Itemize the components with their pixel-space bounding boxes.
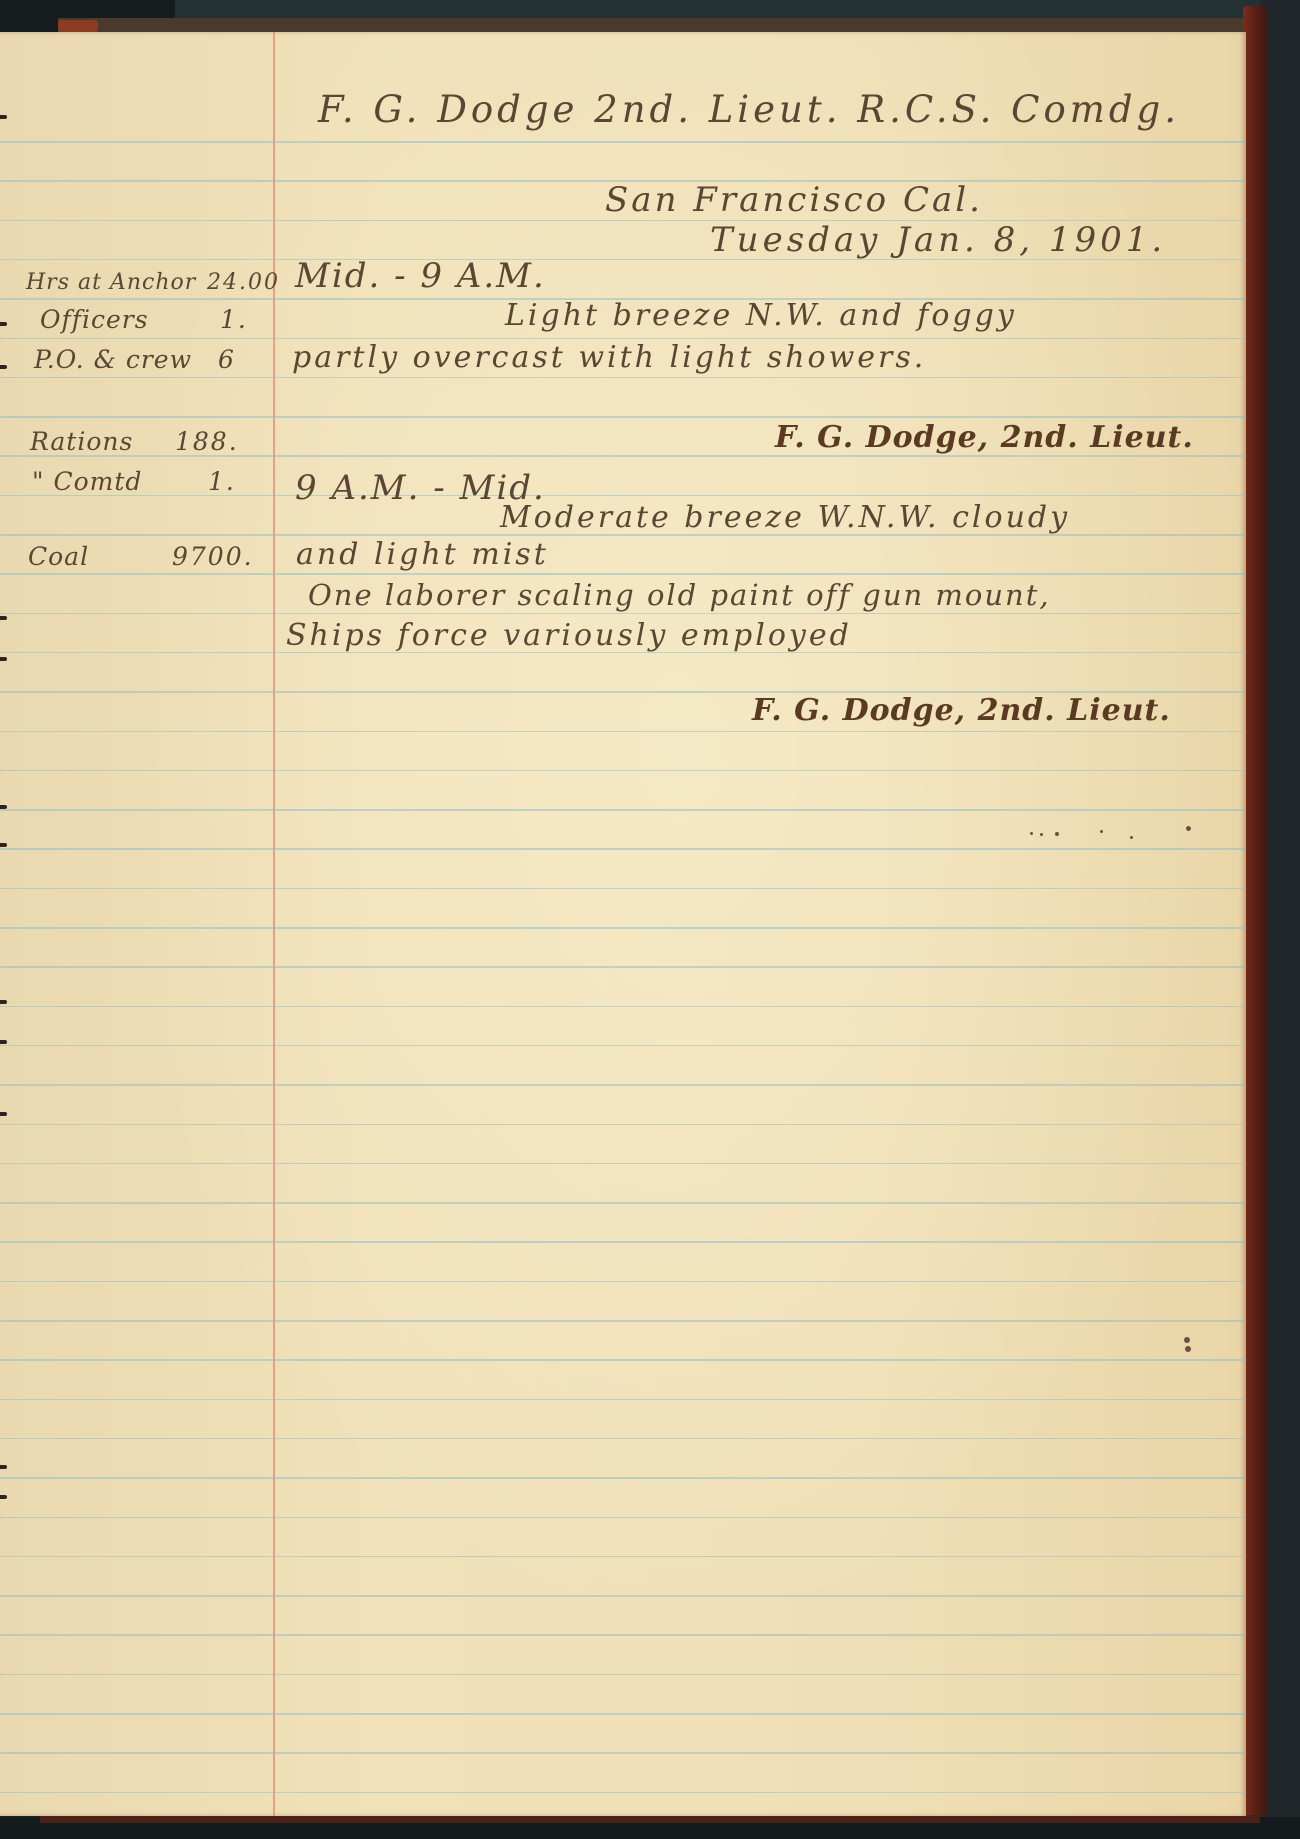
ruled-line <box>0 416 1246 418</box>
binding-stitch-mark <box>0 1465 7 1469</box>
ruled-line <box>0 1595 1246 1597</box>
ruled-line <box>0 927 1246 929</box>
ink-speck <box>1100 830 1103 833</box>
ruled-line <box>0 1359 1246 1361</box>
binding-stitch-mark <box>0 657 7 661</box>
ruled-line <box>0 888 1246 890</box>
watch1-entry-line-1: Light breeze N.W. and foggy <box>505 298 1017 333</box>
ruled-line <box>0 770 1246 772</box>
ink-speck <box>1130 836 1133 839</box>
ruled-line <box>0 1399 1246 1401</box>
ruled-line <box>0 966 1246 968</box>
ruled-line <box>0 1634 1246 1636</box>
ruled-line <box>0 1202 1246 1204</box>
margin-value-rations: 188. <box>175 427 239 456</box>
binding-stitch-mark <box>0 616 7 620</box>
binding-stitch-mark <box>0 1112 7 1116</box>
watch1-signature: F. G. Dodge, 2nd. Lieut. <box>775 420 1194 455</box>
binding-stitch-mark <box>0 1495 7 1499</box>
watch2-entry-line-1: Moderate breeze W.N.W. cloudy <box>500 500 1070 535</box>
binding-stitch-mark <box>0 805 7 809</box>
margin-label-rations-commuted: " Comtd <box>32 467 142 496</box>
ruled-line <box>0 1477 1246 1479</box>
ruled-line <box>0 1281 1246 1283</box>
margin-value-po-crew: 6 <box>218 345 236 374</box>
watch2-signature: F. G. Dodge, 2nd. Lieut. <box>752 693 1171 728</box>
ruled-line <box>0 613 1246 615</box>
ruled-line <box>0 1792 1246 1794</box>
binding-stitch-mark <box>0 365 7 369</box>
cover-corner-top-left <box>58 20 98 32</box>
ruled-line <box>0 338 1246 340</box>
ruled-line <box>0 1241 1246 1243</box>
ruled-line <box>0 1713 1246 1715</box>
margin-value-hours-at-anchor: 24.00 <box>207 270 280 295</box>
ruled-line <box>0 1517 1246 1519</box>
place-heading: San Francisco Cal. <box>605 180 983 220</box>
ink-speck <box>1055 832 1059 836</box>
ruled-line <box>0 1006 1246 1008</box>
ruled-line <box>0 848 1246 850</box>
ruled-line <box>0 1163 1246 1165</box>
ink-speck <box>1185 1346 1191 1352</box>
watch2-entry-line-3: One laborer scaling old paint off gun mo… <box>308 578 1051 612</box>
margin-value-officers: 1. <box>220 305 248 334</box>
ink-speck <box>1030 832 1033 835</box>
commander-heading: F. G. Dodge 2nd. Lieut. R.C.S. Comdg. <box>318 88 1180 131</box>
ruled-line <box>0 1752 1246 1754</box>
margin-label-po-crew: P.O. & crew <box>34 345 192 374</box>
cover-edge-bottom <box>40 1815 1260 1823</box>
ruled-line <box>0 377 1246 379</box>
watch2-entry-line-2: and light mist <box>296 537 549 572</box>
binding-stitch-mark <box>0 1000 7 1004</box>
ruled-line <box>0 1045 1246 1047</box>
margin-value-rations-commuted: 1. <box>208 467 236 496</box>
margin-label-coal: Coal <box>28 542 89 571</box>
ruled-line <box>0 1556 1246 1558</box>
watch-period-mid-9am: Mid. - 9 A.M. <box>295 256 546 296</box>
binding-stitch-mark <box>0 115 7 119</box>
ruled-line <box>0 1084 1246 1086</box>
ruled-line <box>0 1320 1246 1322</box>
ruled-line <box>0 1674 1246 1676</box>
binding-stitch-mark <box>0 843 7 847</box>
ruled-line <box>0 809 1246 811</box>
binding-stitch-mark <box>0 322 7 326</box>
ruled-line <box>0 1438 1246 1440</box>
date-heading: Tuesday Jan. 8, 1901. <box>710 220 1166 260</box>
binding-stitch-mark <box>0 1040 7 1044</box>
ruled-line <box>0 495 1246 497</box>
watch2-entry-line-4: Ships force variously employed <box>286 618 852 653</box>
margin-value-coal: 9700. <box>172 542 254 571</box>
ink-speck <box>1184 1337 1190 1343</box>
ruled-line <box>0 141 1246 143</box>
ink-speck <box>1040 833 1043 836</box>
cover-binding-edge-right <box>1243 6 1267 1816</box>
margin-label-hours-at-anchor: Hrs at Anchor <box>26 270 196 295</box>
margin-label-rations: Rations <box>30 427 133 456</box>
watch1-entry-line-2: partly overcast with light showers. <box>292 340 926 375</box>
ruled-line <box>0 731 1246 733</box>
page-stack-top-edge <box>58 18 1268 32</box>
ink-speck <box>1186 826 1191 831</box>
margin-label-officers: Officers <box>40 305 149 334</box>
ruled-line <box>0 573 1246 575</box>
ruled-line <box>0 1124 1246 1126</box>
